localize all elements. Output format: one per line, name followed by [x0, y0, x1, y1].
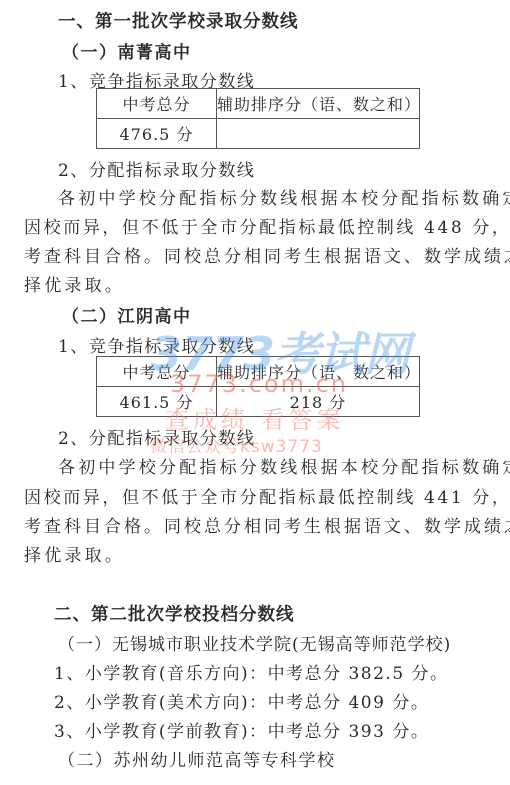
table-header-row: 中考总分 辅助排序分（语、数之和）: [97, 357, 420, 387]
school2-score-table: 中考总分 辅助排序分（语、数之和） 461.5 分 218 分: [96, 356, 420, 417]
school2-competitive-title: 1、竞争指标录取分数线: [58, 332, 255, 357]
table-cell: 218 分: [217, 387, 420, 417]
table-row: 461.5 分 218 分: [97, 387, 420, 417]
school1-paragraph-line: 考查科目合格。同校总分相同考生根据语文、数学成绩之和: [24, 242, 510, 267]
table-header: 辅助排序分（语、数之和）: [217, 357, 420, 387]
table-cell: 476.5 分: [97, 119, 217, 149]
school2-paragraph-line: 考查科目合格。同校总分相同考生根据语文、数学成绩之和: [24, 512, 510, 537]
school2-paragraph-line: 各初中学校分配指标分数线根据本校分配指标数确定，: [58, 453, 510, 478]
table-header: 辅助排序分（语、数之和）: [217, 89, 420, 119]
school2-name: （二）江阴高中: [62, 302, 192, 327]
section2-school2-name: （二）苏州幼儿师范高等专科学校: [58, 746, 336, 771]
school2-paragraph-line: 因校而异，但不低于全市分配指标最低控制线 441 分，并且: [24, 483, 510, 508]
school1-paragraph-line: 择优录取。: [24, 271, 125, 296]
table-header: 中考总分: [97, 89, 217, 119]
section1-title: 一、第一批次学校录取分数线: [58, 8, 299, 33]
school1-paragraph-line: 各初中学校分配指标分数线根据本校分配指标数确定，: [58, 184, 510, 209]
table-header-row: 中考总分 辅助排序分（语、数之和）: [97, 89, 420, 119]
table-header: 中考总分: [97, 357, 217, 387]
table-cell: [217, 119, 420, 149]
table-cell: 461.5 分: [97, 387, 217, 417]
section2-item: 3、小学教育(学前教育)：中考总分 393 分。: [54, 717, 429, 742]
school2-paragraph-line: 择优录取。: [24, 541, 125, 566]
school1-name: （一）南菁高中: [62, 38, 192, 63]
section2-item: 2、小学教育(美术方向)：中考总分 409 分。: [54, 688, 429, 713]
section2-school1-name: （一）无锡城市职业技术学院(无锡高等师范学校): [58, 630, 451, 655]
school1-paragraph-line: 因校而异，但不低于全市分配指标最低控制线 448 分，并且: [24, 213, 510, 238]
school2-allocation-title: 2、分配指标录取分数线: [58, 424, 255, 449]
school1-allocation-title: 2、分配指标录取分数线: [58, 156, 255, 181]
section2-item: 1、小学教育(音乐方向)：中考总分 382.5 分。: [54, 659, 449, 684]
section2-title: 二、第二批次学校投档分数线: [54, 601, 295, 626]
table-row: 476.5 分: [97, 119, 420, 149]
school1-score-table: 中考总分 辅助排序分（语、数之和） 476.5 分: [96, 88, 420, 149]
